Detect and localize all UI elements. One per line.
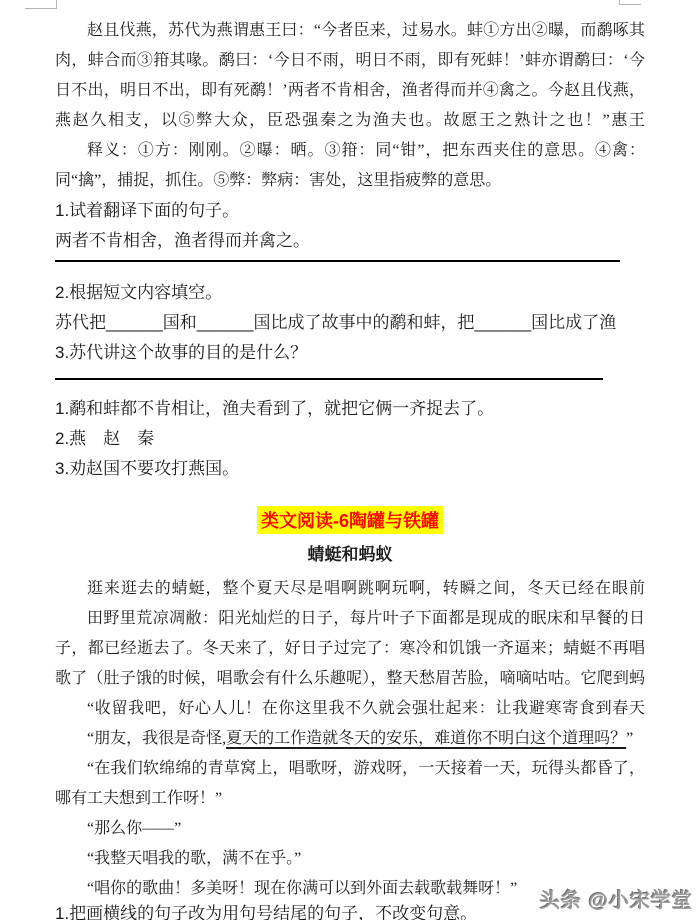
section-title-row: 类文阅读-6陶罐与铁罐 <box>55 506 645 534</box>
question-1: 1.试着翻译下面的句子。 <box>55 196 645 226</box>
passage-notes: 释义：①方：刚刚。②曝：晒。③箝：同“钳”，把东西夹住的意思。④禽：同“擒”，捕… <box>55 136 645 196</box>
document-content: 赵且伐燕，苏代为燕谓惠王曰：“今者臣来，过易水。蚌①方出②曝，而鹬啄其肉，蚌合而… <box>0 0 699 920</box>
answer-3: 3.劝赵国不要攻打燕国。 <box>55 454 645 484</box>
document-page: 赵且伐燕，苏代为燕谓惠王曰：“今者臣来，过易水。蚌①方出②曝，而鹬啄其肉，蚌合而… <box>0 0 699 920</box>
answer-rule-1 <box>55 260 620 262</box>
story-dialog-3: “在我们软绵绵的青草窝上，唱歌呀，游戏呀，一天接着一天，玩得头都昏了，哪有工夫想… <box>55 754 645 814</box>
question-3: 3.苏代讲这个故事的目的是什么？ <box>55 338 645 368</box>
passage-body: 赵且伐燕，苏代为燕谓惠王曰：“今者臣来，过易水。蚌①方出②曝，而鹬啄其肉，蚌合而… <box>55 16 645 136</box>
question-2-fill-blank: 苏代把______国和______国比成了故事中的鹬和蚌，把______国比成了… <box>55 308 645 338</box>
question-2: 2.根据短文内容填空。 <box>55 278 645 308</box>
story-dialog-2-underlined-clause: 夏天的工作造就冬天的安乐，难道你不明白这个道理吗？ <box>226 730 626 747</box>
text-boundary-mark-left <box>25 0 57 9</box>
question-1-sentence: 两者不肯相舍，渔者得而并禽之。 <box>55 226 645 256</box>
text-boundary-mark-right <box>619 0 641 5</box>
section-tag: 类文阅读-6陶罐与铁罐 <box>257 506 443 534</box>
story-dialog-1: “收留我吧，好心人儿！在你这里我不久就会强壮起来：让我避寒寄食到春天吧！” <box>55 694 645 724</box>
story-paragraph-2: 田野里荒凉凋敝：阳光灿烂的日子，每片叶子下面都是现成的眠床和早餐的日子，都已经逝… <box>55 604 645 694</box>
story-dialog-4: “那么你——” <box>55 814 645 844</box>
story-dialog-2-prefix: “朋友，我很是奇怪, <box>87 730 226 747</box>
answer-2: 2.燕 赵 秦 <box>55 424 645 454</box>
story-dialog-2: “朋友，我很是奇怪,夏天的工作造就冬天的安乐，难道你不明白这个道理吗？” <box>55 724 645 754</box>
story-dialog-2-suffix: ” <box>626 730 633 747</box>
story-title: 蜻蜓和蚂蚁 <box>55 543 645 569</box>
answer-1: 1.鹬和蚌都不肯相让，渔夫看到了，就把它俩一齐捉去了。 <box>55 394 645 424</box>
story-dialog-5: “我整天唱我的歌，满不在乎。” <box>55 844 645 874</box>
answer-rule-2 <box>55 378 603 380</box>
story-paragraph-1: 逛来逛去的蜻蜓，整个夏天尽是唱啊跳啊玩啊，转瞬之间，冬天已经在眼前了。 <box>55 574 645 604</box>
watermark-toutiao-xiaosongxuetang: 头条 @小宋学堂 <box>540 884 693 913</box>
